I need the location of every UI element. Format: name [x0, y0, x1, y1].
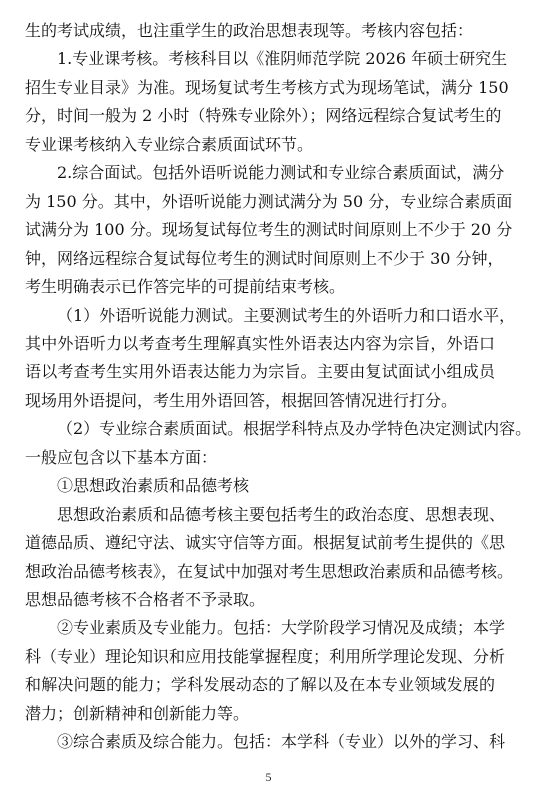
text-line: 和解决问题的能力；学科发展动态的了解以及在本专业领域发展的: [25, 671, 495, 699]
text-line: ③综合素质及综合能力。包括：本学科（专业）以外的学习、科: [57, 728, 495, 756]
text-line: 思想政治素质和品德考核主要包括考生的政治态度、思想表现、: [57, 501, 495, 529]
text-line: 语以考查考生实用外语表达能力为宗旨。主要由复试面试小组成员: [25, 358, 495, 386]
text-line: 一般应包含以下基本方面：: [25, 444, 495, 472]
text-line: 潜力；创新精神和创新能力等。: [25, 700, 495, 728]
text-line: （2）专业综合素质面试。根据学科特点及办学特色决定测试内容。: [57, 415, 495, 443]
text-line: 招生专业目录》为准。现场复试考生考核方式为现场笔试，满分 150: [25, 74, 495, 102]
text-line: 专业课考核纳入专业综合素质面试环节。: [25, 131, 495, 159]
text-line: 科（专业）理论知识和应用技能掌握程度；利用所学理论发现、分析: [25, 643, 495, 671]
text-line: 道德品质、遵纪守法、诚实守信等方面。根据复试前考生提供的《思: [25, 529, 495, 557]
text-line: 现场用外语提问，考生用外语回答，根据回答情况进行打分。: [25, 387, 495, 415]
text-line: 钟，网络远程综合复试每位考生的测试时间原则上不少于 30 分钟，: [25, 245, 495, 273]
text-line: 想政治品德考核表》，在复试中加强对考生思想政治素质和品德考核。: [25, 558, 495, 586]
text-line: 考生明确表示已作答完毕的可提前结束考核。: [25, 273, 495, 301]
text-line: 生的考试成绩，也注重学生的政治思想表现等。考核内容包括：: [25, 17, 495, 45]
text-line: 思想品德考核不合格者不予录取。: [25, 586, 495, 614]
text-line: 为 150 分。其中，外语听说能力测试满分为 50 分，专业综合素质面: [25, 188, 495, 216]
text-line: 1.专业课考核。考核科目以《淮阴师范学院 2026 年硕士研究生: [57, 45, 495, 73]
text-line: ②专业素质及专业能力。包括：大学阶段学习情况及成绩；本学: [57, 614, 495, 642]
page-number: 5: [0, 770, 537, 785]
text-line: 试满分为 100 分。现场复试每位考生的测试时间原则上不少于 20 分: [25, 216, 495, 244]
text-line: 分，时间一般为 2 小时（特殊专业除外）；网络远程综合复试考生的: [25, 102, 495, 130]
text-line: 2.综合面试。包括外语听说能力测试和专业综合素质面试，满分: [57, 159, 495, 187]
document-page: 生的考试成绩，也注重学生的政治思想表现等。考核内容包括：1.专业课考核。考核科目…: [0, 0, 537, 795]
text-line: （1）外语听说能力测试。主要测试考生的外语听力和口语水平，: [57, 302, 495, 330]
text-line: ①思想政治素质和品德考核: [57, 472, 495, 500]
text-line: 其中外语听力以考查考生理解真实性外语表达内容为宗旨，外语口: [25, 330, 495, 358]
